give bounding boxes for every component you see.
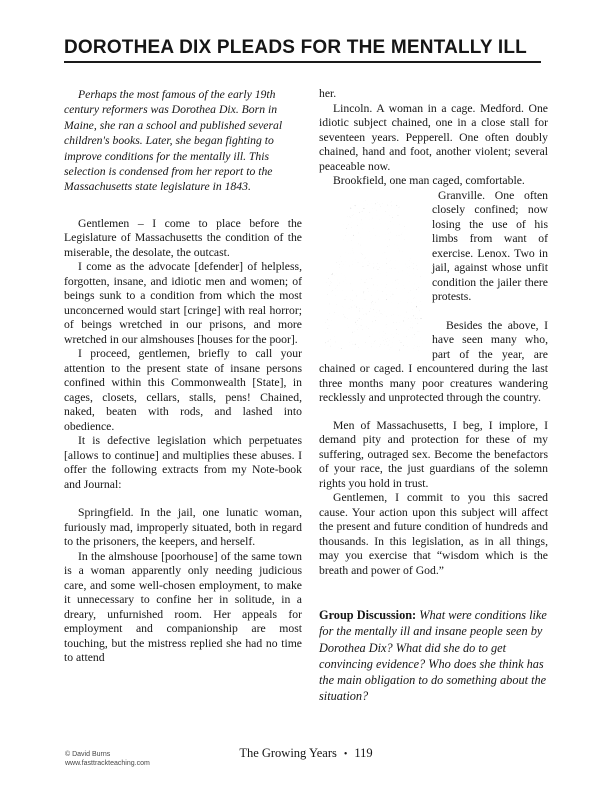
distressed-woman-illustration — [325, 191, 423, 351]
intro-paragraph: Perhaps the most famous of the early 19t… — [64, 87, 302, 195]
paragraph-almshouse: In the almshouse [poorhouse] of the same… — [64, 550, 302, 666]
right-column: her. Lincoln. A woman in a cage. Medford… — [319, 87, 548, 705]
group-discussion-question: What were conditions like for the mental… — [319, 608, 547, 703]
paragraph-proceed: I proceed, gentlemen, briefly to call yo… — [64, 347, 302, 434]
continuation-line: her. — [319, 87, 548, 102]
footer-page-number: 119 — [354, 746, 372, 760]
footer-page-info: The Growing Years•119 — [0, 746, 612, 761]
paragraph-gentlemen: Gentlemen – I come to place before the L… — [64, 217, 302, 261]
paragraph-advocate: I come as the advocate [defender] of hel… — [64, 260, 302, 347]
paragraph-commit: Gentlemen, I commit to you this sacred c… — [319, 491, 548, 578]
group-discussion: Group Discussion: What were conditions l… — [319, 607, 548, 705]
left-column: Perhaps the most famous of the early 19t… — [64, 87, 302, 666]
paragraph-lincoln: Lincoln. A woman in a cage. Medford. One… — [319, 102, 548, 175]
title-underline — [64, 61, 541, 63]
footer-bullet: • — [337, 749, 355, 760]
group-discussion-label: Group Discussion: — [319, 608, 416, 622]
paragraph-legislation: It is defective legislation which perpet… — [64, 434, 302, 492]
footer-book-title: The Growing Years — [239, 746, 337, 760]
paragraph-springfield: Springfield. In the jail, one lunatic wo… — [64, 506, 302, 550]
page: { "colors": { "background": "#ffffff", "… — [0, 0, 612, 792]
illustration-text-wrap: Granville. One often closely confined; n… — [319, 189, 548, 406]
paragraph-brookfield: Brookfield, one man caged, comfortable. — [319, 174, 548, 189]
group-discussion-text: What were conditions like for the mental… — [319, 608, 547, 703]
paragraph-men-of-massachusetts: Men of Massachusetts, I beg, I implore, … — [319, 419, 548, 492]
page-title: DOROTHEA DIX PLEADS FOR THE MENTALLY ILL — [64, 37, 527, 59]
